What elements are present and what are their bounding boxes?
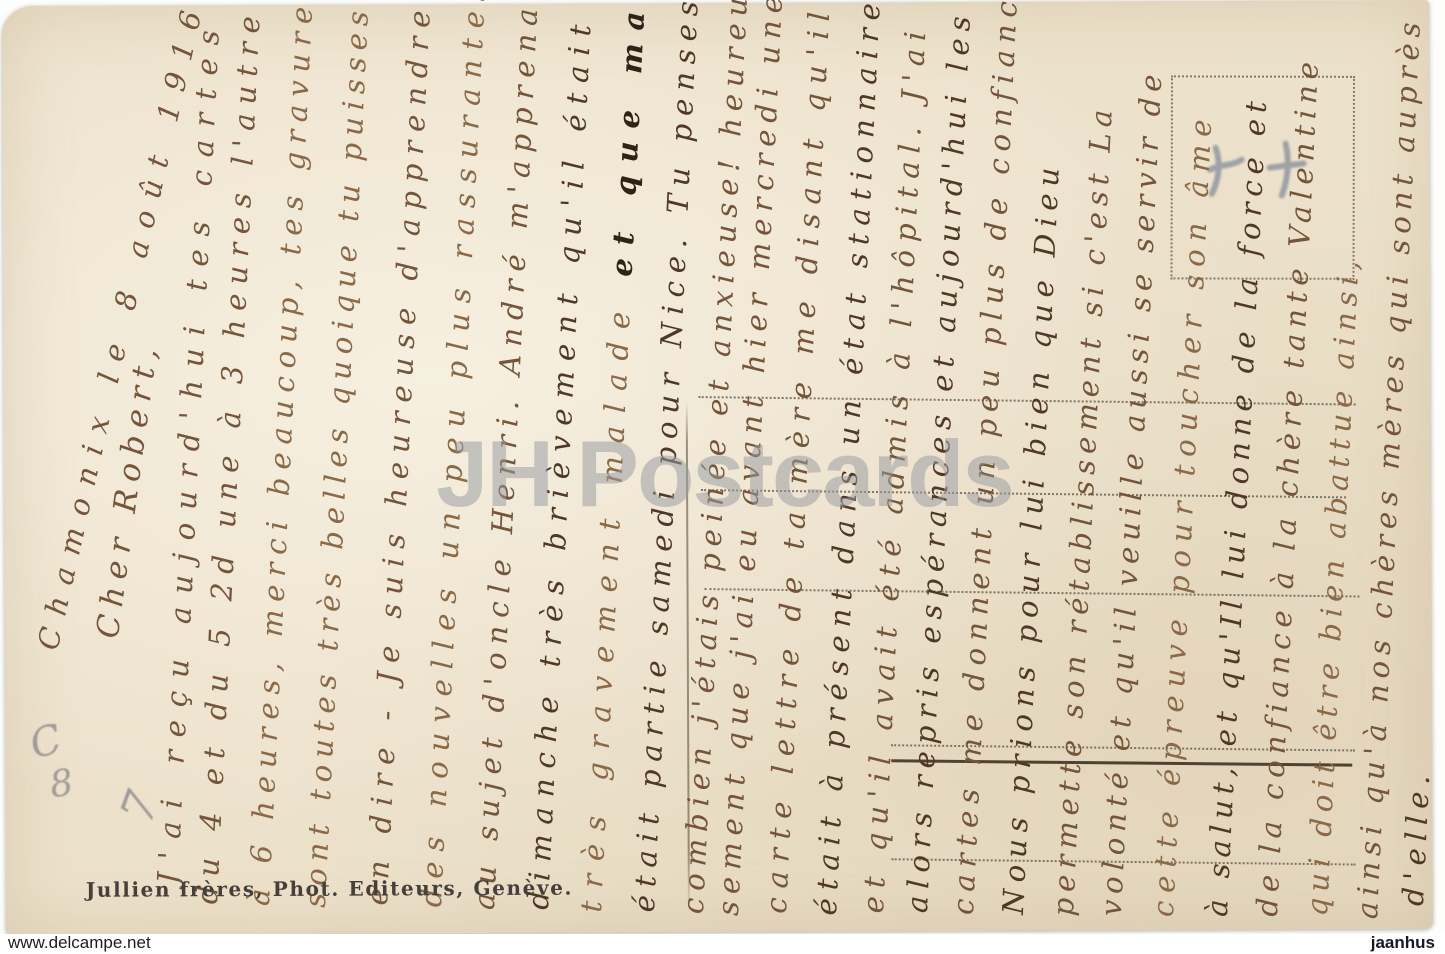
handwriting-text: d'elle. <box>1396 767 1437 906</box>
address-ruling <box>2 0 1429 6</box>
handwriting-line: d'elle. <box>1398 768 1436 907</box>
pencil-mark: 8 <box>47 763 76 807</box>
handwriting-layer: Chamonix le 8 août 1916Cher Robert,J'ai … <box>2 0 1429 6</box>
handwriting-text: très gravement malade <box>574 276 639 913</box>
publisher-imprint: Jullien frères, Phot. Editeurs, Genève. <box>86 876 573 902</box>
postcard-scan: Chamonix le 8 août 1916Cher Robert,J'ai … <box>0 0 1445 954</box>
bottom-left-watermark: www.delcampe.net <box>8 933 151 953</box>
pencil-mark: C <box>25 716 67 768</box>
bottom-right-watermark: jaanhus <box>1371 933 1435 953</box>
bottom-strip <box>0 934 1445 954</box>
handwriting-text-dark: et que maman <box>604 0 657 277</box>
center-watermark: JH Postcards <box>436 420 1013 528</box>
pencil-marks: C87 <box>2 0 1429 6</box>
